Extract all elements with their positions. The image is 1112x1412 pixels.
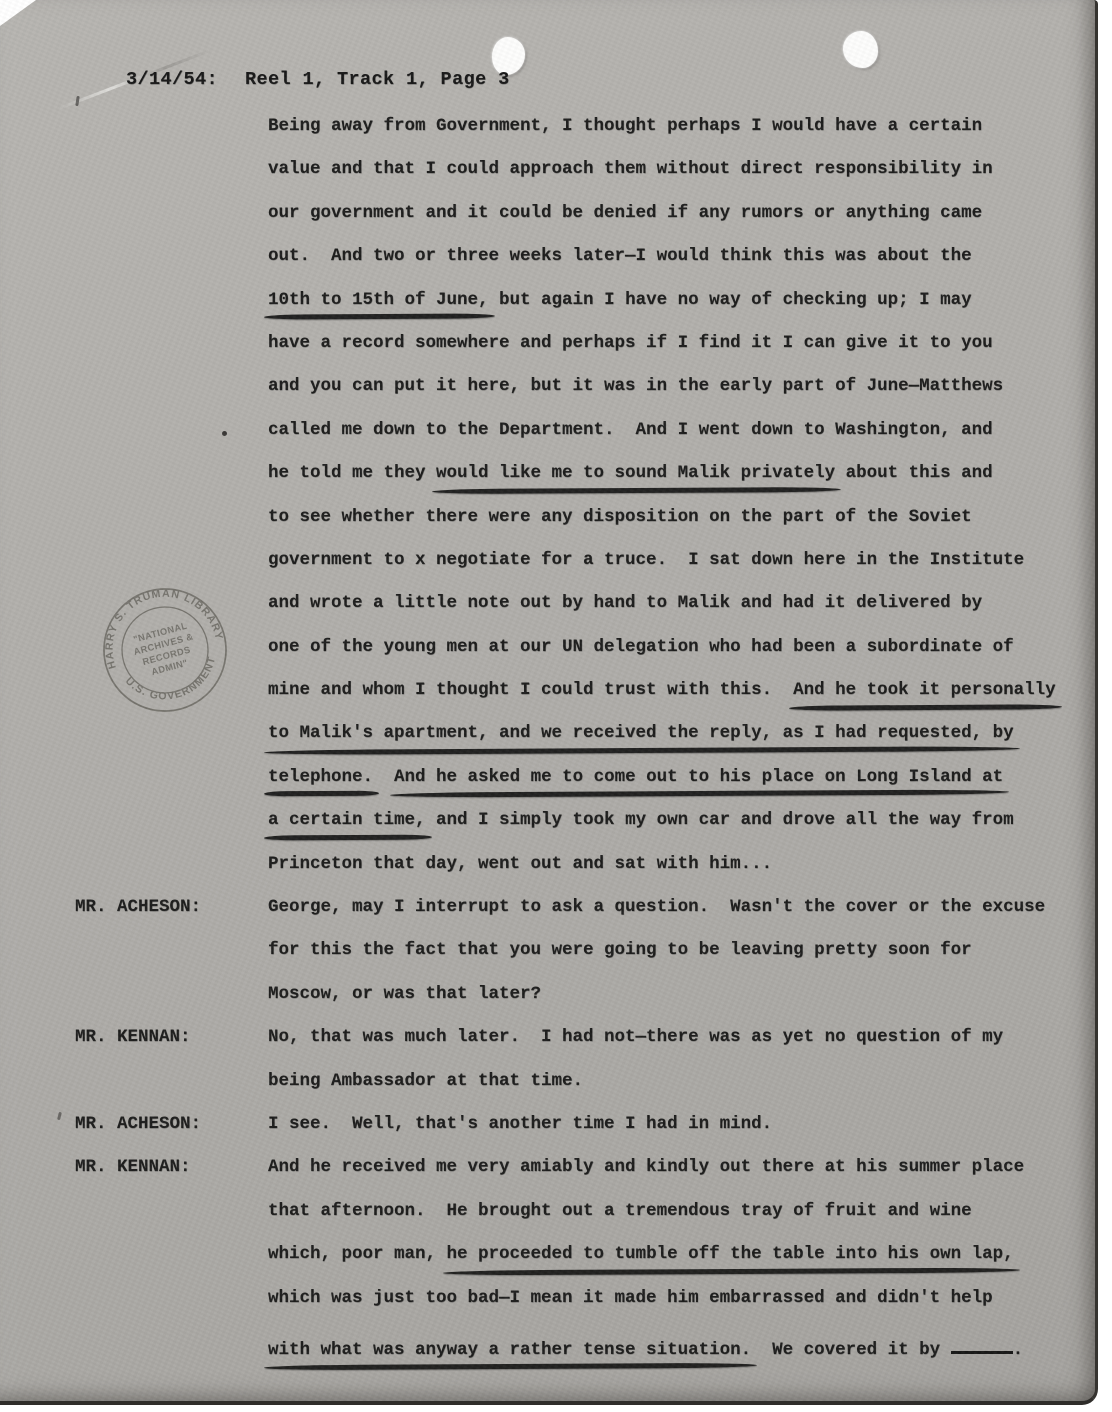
text-segment: to see whether there were any dispositio… (268, 507, 972, 527)
underlined-text: 10th to 15th of June, (268, 290, 489, 310)
text-segment: called me down to the Department. And I … (268, 420, 993, 440)
transcript-line: with what was anyway a rather tense situ… (268, 1329, 1080, 1372)
text-segment (373, 767, 394, 787)
text-segment: and I simply took my own car and drove a… (426, 810, 1014, 830)
transcript-line: No, that was much later. I had not—there… (268, 1016, 1080, 1059)
text-segment: out. And two or three weeks later—I woul… (268, 246, 972, 266)
transcript-paragraph: MR. ACHESON:I see. Well, that's another … (268, 1103, 1080, 1146)
text-segment: and you can put it here, but it was in t… (268, 376, 1003, 396)
transcript: Being away from Government, I thought pe… (268, 105, 1080, 1372)
fill-in-blank (951, 1336, 1013, 1354)
text-segment: about this and (835, 463, 993, 483)
transcript-line: value and that I could approach them wit… (268, 148, 1080, 191)
text-segment: . (1013, 1340, 1024, 1360)
text-segment: And he received me very amiably and kind… (268, 1157, 1024, 1177)
underlined-text: he proceeded to tumble off the table int… (447, 1244, 1014, 1264)
stray-ink-dot (222, 431, 227, 436)
transcript-line: our government and it could be denied if… (268, 192, 1080, 235)
text-segment: which, poor man, (268, 1244, 447, 1264)
transcript-line: he told me they would like me to sound M… (268, 452, 1080, 495)
text-segment: value and that I could approach them wit… (268, 159, 993, 179)
speaker-label: MR. ACHESON: (75, 886, 201, 929)
transcript-line: telephone. And he asked me to come out t… (268, 756, 1080, 799)
transcript-line: to see whether there were any dispositio… (268, 496, 1080, 539)
scanned-page: 3/14/54:Reel 1, Track 1, Page 3 HARRY S.… (0, 0, 1098, 1405)
transcript-line: government to x negotiate for a truce. I… (268, 539, 1080, 582)
transcript-line: George, may I interrupt to ask a questio… (268, 886, 1080, 929)
text-segment: for this the fact that you were going to… (268, 940, 972, 960)
text-segment: but again I have no way of checking up; … (489, 290, 972, 310)
transcript-line: that afternoon. He brought out a tremend… (268, 1190, 1080, 1233)
transcript-line: out. And two or three weeks later—I woul… (268, 235, 1080, 278)
transcript-line: which was just too bad—I mean it made hi… (268, 1277, 1080, 1320)
transcript-line: have a record somewhere and perhaps if I… (268, 322, 1080, 365)
text-segment: and wrote a little note out by hand to M… (268, 593, 982, 613)
header-date: 3/14/54: (126, 69, 218, 90)
text-segment: George, may I interrupt to ask a questio… (268, 897, 1045, 917)
transcript-paragraph: MR. ACHESON:George, may I interrupt to a… (268, 886, 1080, 1016)
underlined-text: And he asked me to come out to his place… (394, 767, 1003, 787)
transcript-line: Princeton that day, went out and sat wit… (268, 843, 1080, 886)
text-segment: We covered it by (751, 1340, 951, 1360)
text-segment: Moscow, or was that later? (268, 984, 541, 1004)
underlined-text: a certain time, (268, 810, 426, 830)
text-segment: government to x negotiate for a truce. I… (268, 550, 1024, 570)
text-segment: have a record somewhere and perhaps if I… (268, 333, 993, 353)
transcript-line: which, poor man, he proceeded to tumble … (268, 1233, 1080, 1276)
speaker-label: MR. KENNAN: (75, 1146, 191, 1189)
underlined-text: would like me to sound Malik privately (436, 463, 835, 483)
transcript-line: Moscow, or was that later? (268, 973, 1080, 1016)
transcript-line: a certain time, and I simply took my own… (268, 799, 1080, 842)
text-segment: one of the young men at our UN delegatio… (268, 637, 1014, 657)
transcript-line: And he received me very amiably and kind… (268, 1146, 1080, 1189)
text-segment: he told me they (268, 463, 436, 483)
transcript-line: and wrote a little note out by hand to M… (268, 582, 1080, 625)
text-segment: mine and whom I thought I could trust wi… (268, 680, 793, 700)
transcript-line: 10th to 15th of June, but again I have n… (268, 279, 1080, 322)
transcript-line: I see. Well, that's another time I had i… (268, 1103, 1080, 1146)
speaker-label: MR. ACHESON: (75, 1103, 201, 1146)
transcript-line: for this the fact that you were going to… (268, 929, 1080, 972)
header-reel-info: Reel 1, Track 1, Page 3 (245, 69, 510, 90)
transcript-line: one of the young men at our UN delegatio… (268, 626, 1080, 669)
text-segment: I see. Well, that's another time I had i… (268, 1114, 772, 1134)
text-segment: our government and it could be denied if… (268, 203, 982, 223)
transcript-line: to Malik's apartment, and we received th… (268, 712, 1080, 755)
underlined-text: with what was anyway a rather tense situ… (268, 1340, 751, 1360)
transcript-paragraph: Being away from Government, I thought pe… (268, 105, 1080, 886)
transcript-line: and you can put it here, but it was in t… (268, 365, 1080, 408)
text-segment: being Ambassador at that time. (268, 1071, 583, 1091)
transcript-paragraph: MR. KENNAN:And he received me very amiab… (268, 1146, 1080, 1372)
punch-hole (843, 31, 878, 68)
stray-pen-tick (57, 1112, 62, 1120)
torn-corner (0, 0, 36, 26)
transcript-line: mine and whom I thought I could trust wi… (268, 669, 1080, 712)
transcript-paragraph: MR. KENNAN:No, that was much later. I ha… (268, 1016, 1080, 1103)
transcript-line: Being away from Government, I thought pe… (268, 105, 1080, 148)
transcript-line: being Ambassador at that time. (268, 1060, 1080, 1103)
underlined-text: telephone. (268, 767, 373, 787)
text-segment: that afternoon. He brought out a tremend… (268, 1201, 972, 1221)
text-segment: No, that was much later. I had not—there… (268, 1027, 1003, 1047)
page-header: 3/14/54:Reel 1, Track 1, Page 3 (80, 48, 510, 111)
truman-library-stamp: HARRY S. TRUMAN LIBRARY U.S. GOVERNMENT … (98, 583, 232, 717)
transcript-line: called me down to the Department. And I … (268, 409, 1080, 452)
speaker-label: MR. KENNAN: (75, 1016, 191, 1059)
text-segment: Princeton that day, went out and sat wit… (268, 854, 772, 874)
underlined-text: And he took it personally (793, 680, 1056, 700)
text-segment: which was just too bad—I mean it made hi… (268, 1288, 993, 1308)
text-segment: Being away from Government, I thought pe… (268, 116, 982, 136)
underlined-text: to Malik's apartment, and we received th… (268, 723, 1014, 743)
